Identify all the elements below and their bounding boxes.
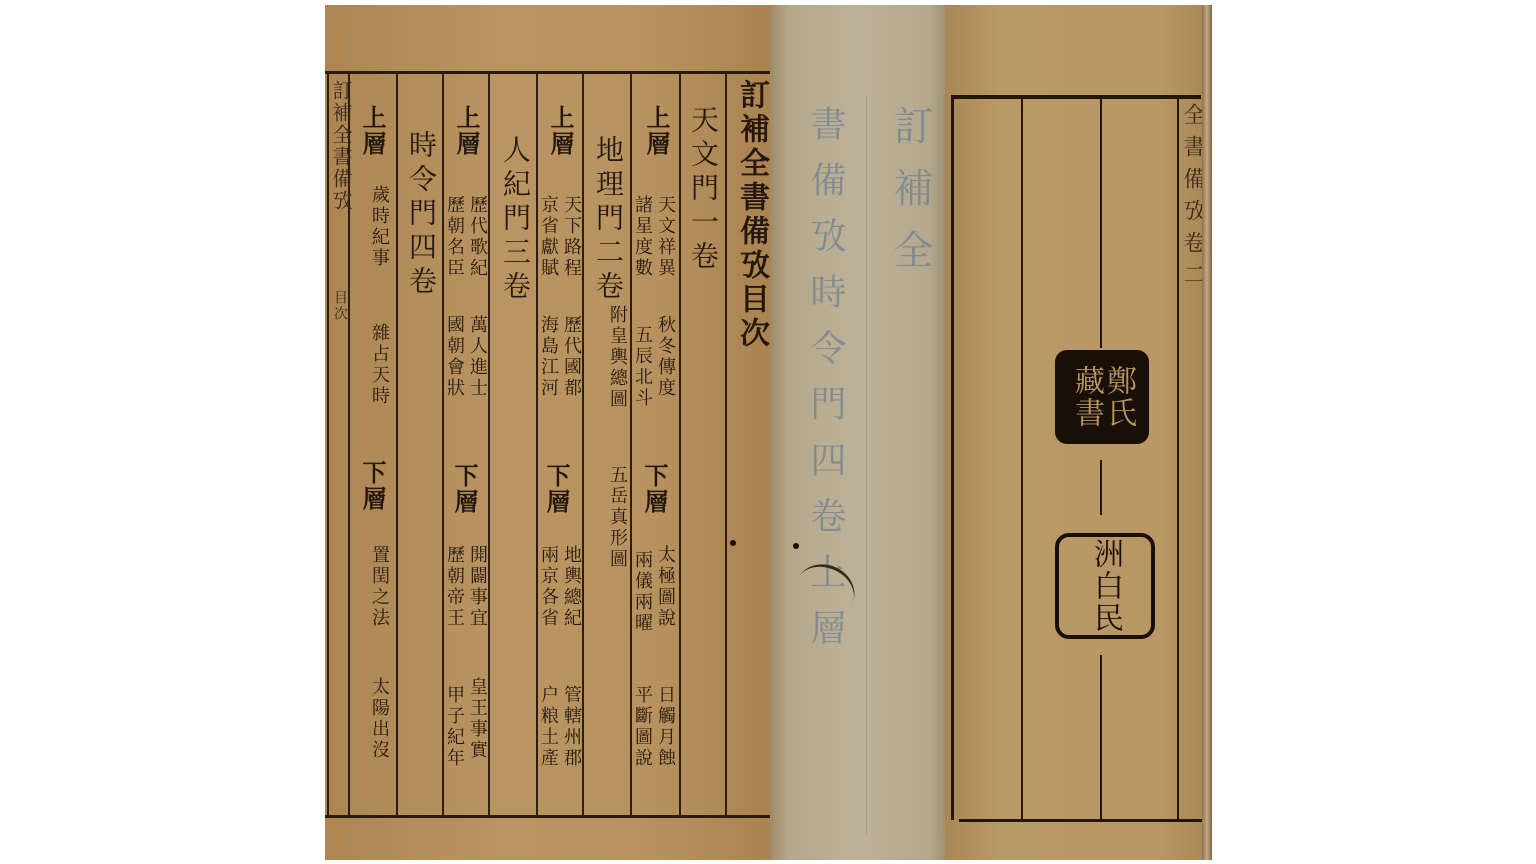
toc-item: 歷朝名臣 bbox=[444, 195, 464, 279]
toc-item: 兩儀兩曜 bbox=[632, 550, 652, 634]
spine-label: 目次 bbox=[330, 290, 350, 322]
book-scan: 訂補全書備攷 目次 訂補全書備攷目次 天文門一卷 上層 天文祥異 諸星度數 秋冬… bbox=[325, 5, 1212, 860]
toc-item: 天下路程 bbox=[561, 195, 581, 279]
left-page: 訂補全書備攷 目次 訂補全書備攷目次 天文門一卷 上層 天文祥異 諸星度數 秋冬… bbox=[325, 5, 777, 860]
collector-seal-outline-icon: 洲白民 bbox=[1055, 533, 1155, 639]
lower-tier-label: 下層 bbox=[539, 463, 574, 515]
toc-item: 諸星度數 bbox=[632, 195, 652, 279]
column-rule bbox=[396, 73, 398, 816]
spine-title-fragment: 訂補全書備攷 bbox=[327, 80, 356, 212]
right-column-rule bbox=[1100, 98, 1102, 348]
upper-tier-label: 上層 bbox=[355, 105, 390, 157]
lower-tier-label: 下層 bbox=[637, 463, 672, 515]
page-edge bbox=[1202, 5, 1212, 860]
upper-tier-label: 上層 bbox=[543, 105, 578, 157]
toc-item: 皇王事實 bbox=[467, 677, 487, 761]
right-top-border-rule bbox=[951, 95, 1201, 99]
toc-item: 歷朝帝王 bbox=[444, 545, 464, 629]
collector-seal-solid-icon: 鄭氏藏書 bbox=[1055, 350, 1149, 444]
seal-connector-rule bbox=[1100, 460, 1102, 515]
toc-item: 甲子紀年 bbox=[444, 685, 464, 769]
toc-item: 歷代歌紀 bbox=[467, 195, 487, 279]
upper-tier-label: 上層 bbox=[449, 105, 484, 157]
page-title: 訂補全書備攷目次 bbox=[729, 79, 773, 351]
ghost-column-rule bbox=[866, 95, 867, 835]
toc-item: 太極圖說 bbox=[655, 545, 675, 629]
right-column-rule bbox=[1100, 655, 1102, 820]
bottom-border-rule bbox=[325, 815, 773, 818]
toc-item: 秋冬傳度 bbox=[655, 315, 675, 399]
toc-item: 五辰北斗 bbox=[632, 325, 652, 409]
toc-item: 萬人進士 bbox=[467, 315, 487, 399]
toc-item: 兩京各省 bbox=[538, 545, 558, 629]
wormhole-mark bbox=[793, 543, 799, 549]
toc-item: 歲時紀事 bbox=[369, 185, 389, 269]
right-bottom-border-rule bbox=[959, 819, 1203, 822]
wormhole-mark bbox=[730, 540, 736, 546]
toc-item: 置閏之法 bbox=[369, 545, 389, 629]
section-note: 附皇輿總圖 bbox=[607, 305, 627, 410]
column-rule bbox=[582, 73, 584, 816]
toc-item: 海島江河 bbox=[538, 315, 558, 399]
column-rule bbox=[679, 73, 681, 816]
section-heading: 地理門二卷 bbox=[588, 135, 628, 305]
lower-tier-label: 下層 bbox=[447, 463, 482, 515]
top-border-rule bbox=[325, 71, 775, 74]
toc-item: 日觸月蝕 bbox=[655, 685, 675, 769]
bleed-through-text: 訂補全 bbox=[882, 105, 939, 291]
toc-item: 歷代國都 bbox=[561, 315, 581, 399]
section-heading: 時令門四卷 bbox=[401, 130, 441, 300]
toc-item: 開闢事宜 bbox=[467, 545, 487, 629]
toc-item: 平斷圖說 bbox=[632, 685, 652, 769]
section-heading: 天文門一卷 bbox=[683, 105, 723, 275]
toc-item: 京省獻賦 bbox=[538, 195, 558, 279]
toc-item: 太陽出沒 bbox=[369, 677, 389, 761]
toc-item: 天文祥異 bbox=[655, 195, 675, 279]
toc-item: 户粮土產 bbox=[538, 685, 558, 769]
upper-tier-label: 上層 bbox=[639, 105, 674, 157]
section-note: 五岳真形圖 bbox=[607, 465, 627, 570]
right-column-rule bbox=[951, 98, 954, 820]
lower-tier-label: 下層 bbox=[355, 460, 390, 512]
section-heading: 人紀門三卷 bbox=[495, 135, 535, 305]
toc-item: 管轄州郡 bbox=[561, 685, 581, 769]
column-rule bbox=[488, 73, 490, 816]
column-rule bbox=[725, 73, 727, 816]
right-column-rule bbox=[1021, 98, 1023, 820]
toc-item: 國朝會狀 bbox=[444, 315, 464, 399]
toc-item: 雜占天時 bbox=[369, 323, 389, 407]
protective-tissue-sheet: 訂補全 書備攷時令門四卷上層 bbox=[770, 5, 948, 860]
toc-item: 地輿總紀 bbox=[561, 545, 581, 629]
